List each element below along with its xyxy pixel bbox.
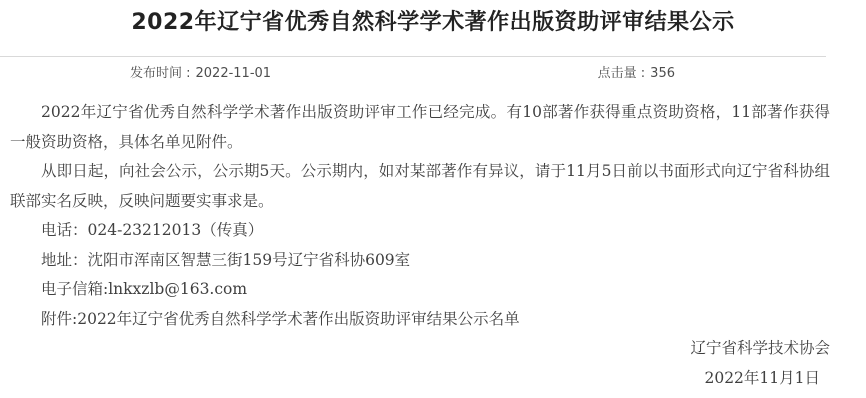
publish-time-value: 2022-11-01 bbox=[196, 66, 272, 81]
publish-time: 发布时间 :2022-11-01 bbox=[130, 66, 271, 82]
address-line: 地址：沈阳市浑南区智慧三街159号辽宁省科协609室 bbox=[10, 246, 830, 276]
phone-line: 电话：024-23212013（传真） bbox=[10, 216, 830, 246]
announcement-page: 2022年辽宁省优秀自然科学学术著作出版资助评审结果公示 发布时间 :2022-… bbox=[0, 0, 866, 398]
paragraph-publicity-period: 从即日起，向社会公示，公示期5天。公示期内，如对某部著作有异议，请于11月5日前… bbox=[10, 157, 830, 216]
page-title: 2022年辽宁省优秀自然科学学术著作出版资助评审结果公示 bbox=[0, 0, 866, 37]
attachment-line: 附件:2022年辽宁省优秀自然科学学术著作出版资助评审结果公示名单 bbox=[10, 305, 830, 335]
paragraph-review-result: 2022年辽宁省优秀自然科学学术著作出版资助评审工作已经完成。有10部著作获得重… bbox=[10, 98, 830, 157]
announcement-body: 2022年辽宁省优秀自然科学学术著作出版资助评审工作已经完成。有10部著作获得重… bbox=[0, 82, 866, 393]
publish-time-label: 发布时间 : bbox=[130, 66, 191, 81]
email-line: 电子信箱:lnkxzlb@163.com bbox=[10, 275, 830, 305]
signature-org: 辽宁省科学技术协会 bbox=[10, 334, 830, 364]
signature-date: 2022年11月1日 bbox=[10, 364, 830, 394]
hit-count-label: 点击量 : bbox=[598, 66, 646, 81]
hit-count-value: 356 bbox=[650, 66, 675, 81]
meta-bar: 发布时间 :2022-11-01 点击量 :356 bbox=[0, 57, 866, 82]
hit-count: 点击量 :356 bbox=[598, 66, 675, 82]
